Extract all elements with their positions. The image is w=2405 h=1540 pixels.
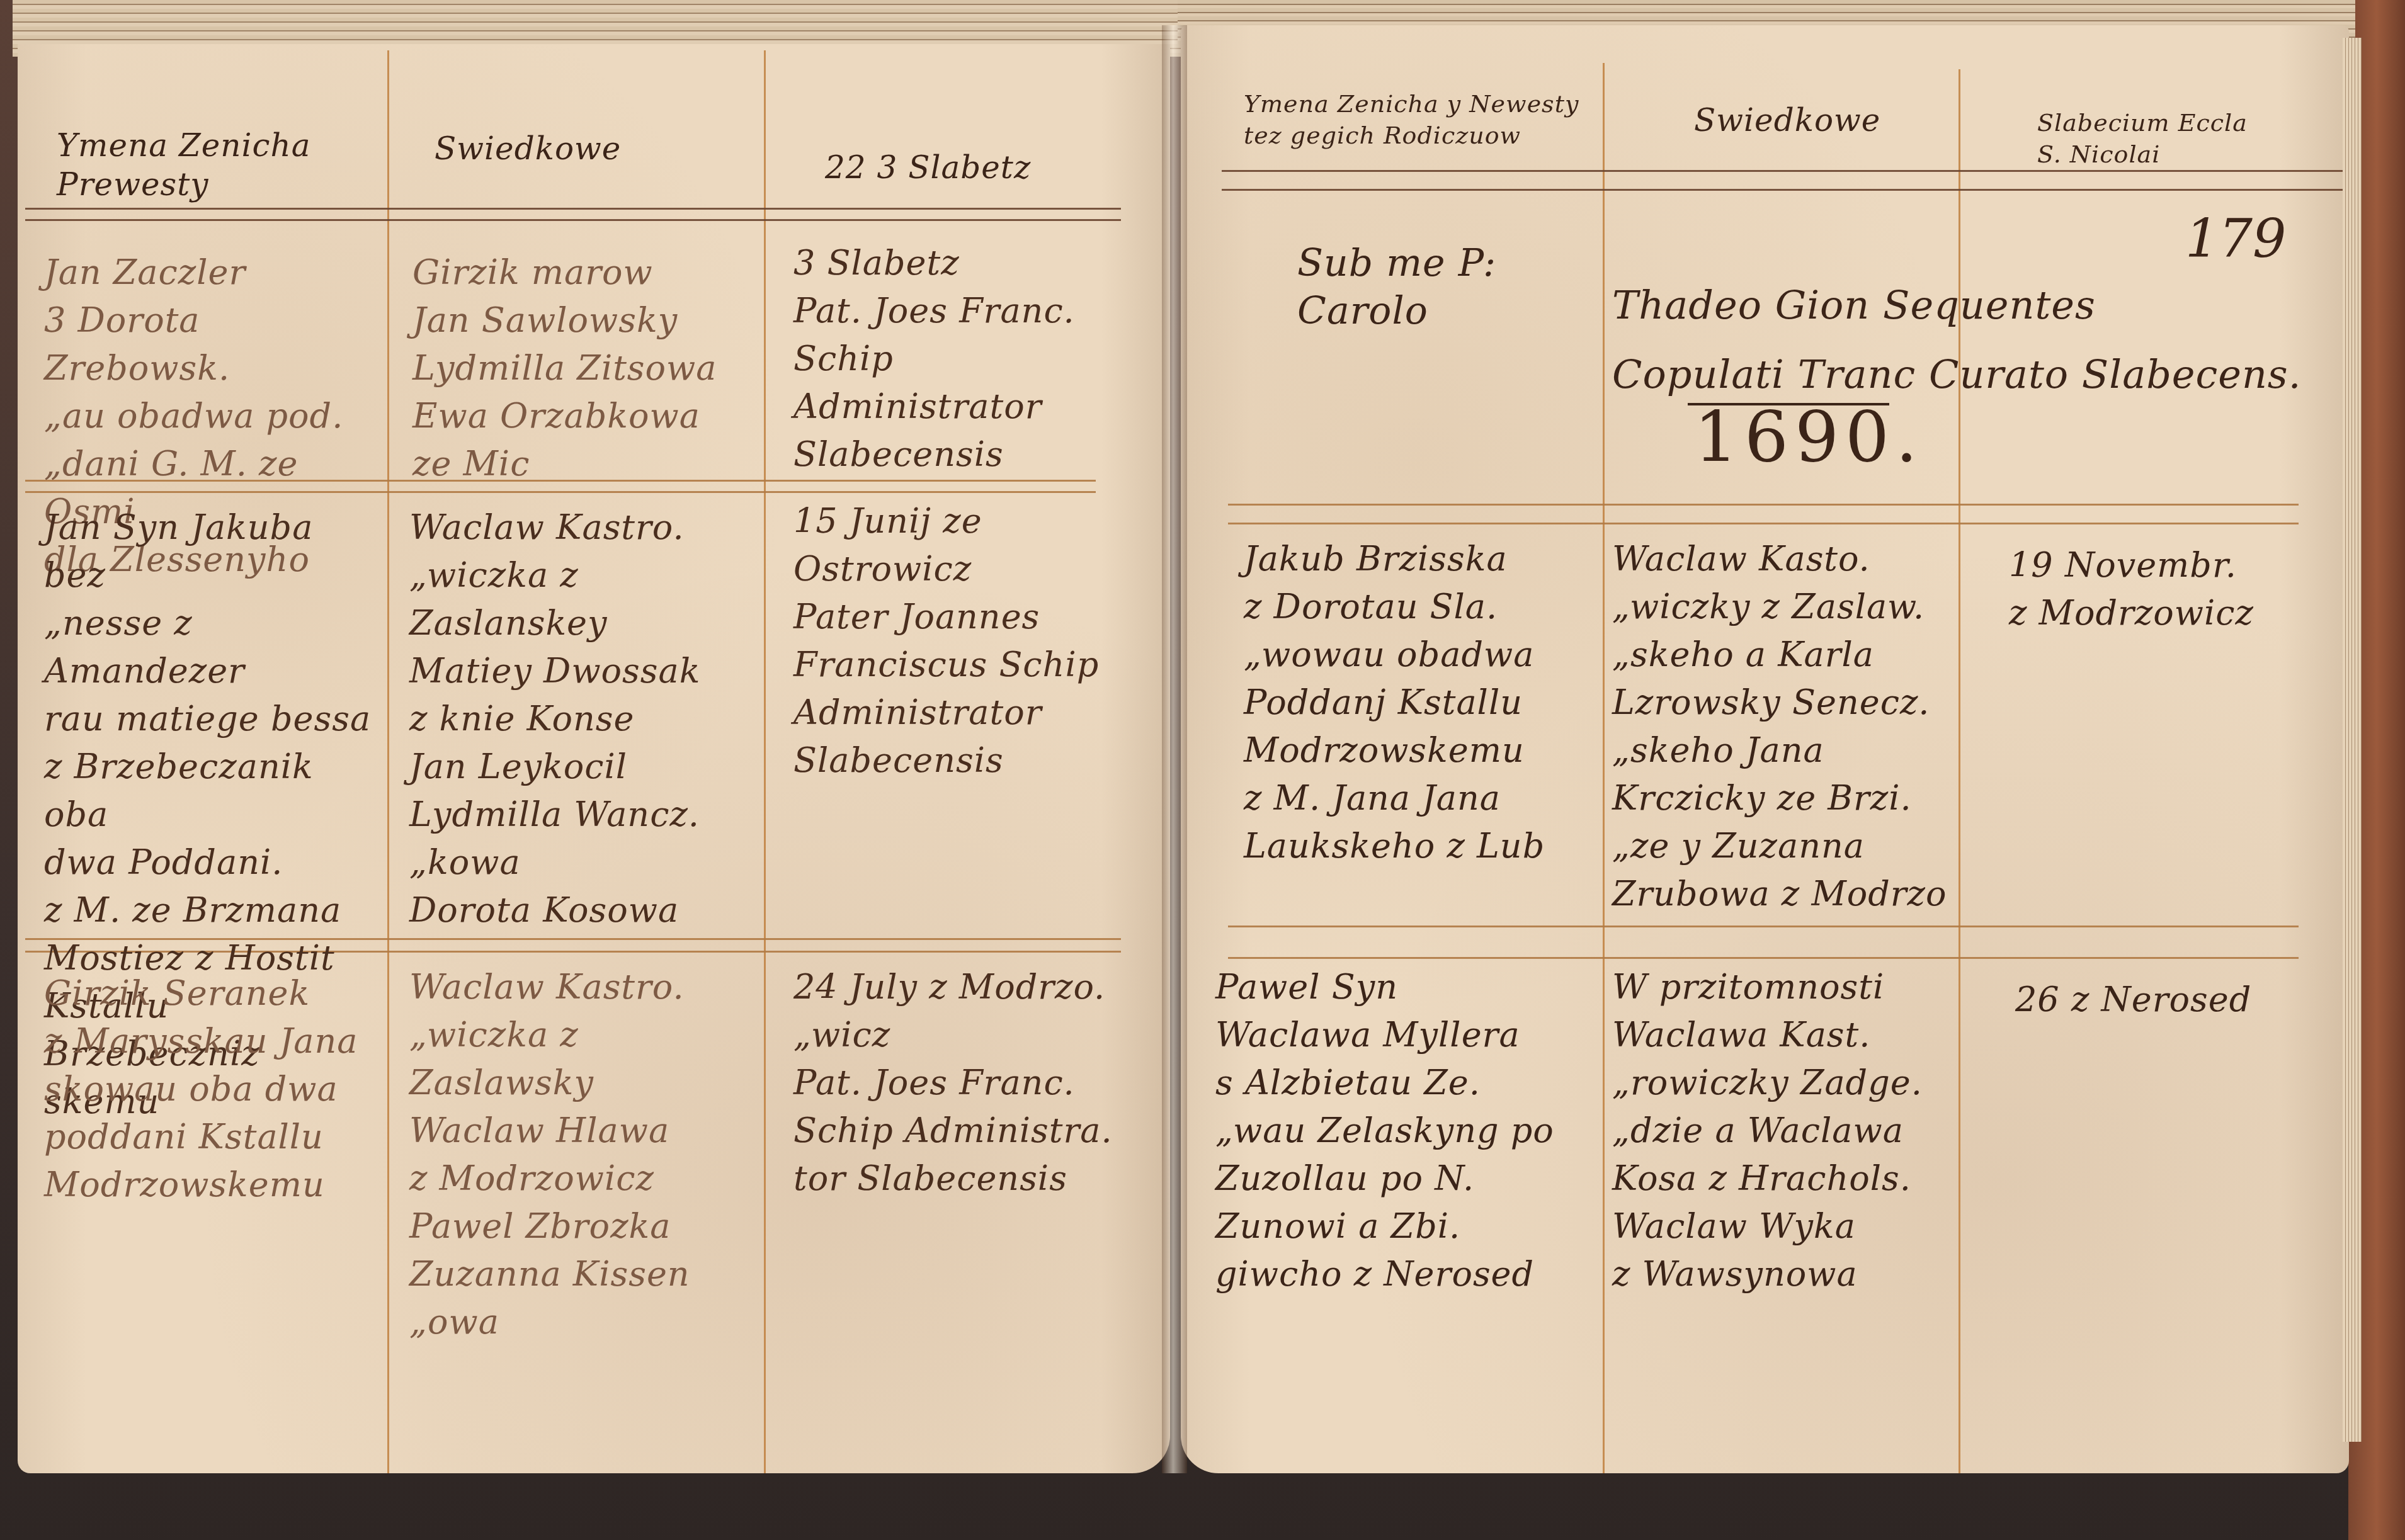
right-row2-witnesses: W przitomnosti Waclawa Kast. „rowiczky Z… bbox=[1612, 963, 1955, 1298]
right-row-rule-2a bbox=[1228, 926, 2299, 927]
left-row2-witnesses: Waclaw Kastro. „wiczka z Zaslanskey Mati… bbox=[409, 504, 762, 934]
left-row1-witnesses: Girzik marow Jan Sawlowsky Lydmilla Zits… bbox=[412, 249, 759, 488]
right-row1-date: 19 Novembr. z Modrzowicz bbox=[2009, 541, 2324, 637]
right-row2-date: 26 z Nerosed bbox=[2015, 976, 2330, 1024]
right-intro-col2: Thadeo Gion Sequentes Copulati Tranc Cur… bbox=[1612, 271, 2317, 409]
right-row-rule-2b bbox=[1228, 957, 2299, 959]
right-header-parish: Slabecium Eccla S. Nicolai bbox=[2037, 107, 2302, 170]
right-header-rule-a bbox=[1222, 170, 2343, 172]
left-row1-date-priest: 3 Slabetz Pat. Joes Franc. Schip Adminis… bbox=[793, 239, 1159, 478]
right-header-rule-b bbox=[1222, 189, 2343, 191]
left-header-names: Ymena Zenicha Prewesty bbox=[57, 126, 384, 204]
right-row1-witnesses: Waclaw Kasto. „wiczky z Zaslaw. „skeho a… bbox=[1612, 535, 1955, 918]
left-header-rule-b bbox=[25, 219, 1121, 221]
right-header-names: Ymena Zenicha y Newesty tez gegich Rodic… bbox=[1244, 88, 1596, 151]
right-row1-names: Jakub Brzisska z Dorotau Sla. „wowau oba… bbox=[1244, 535, 1596, 870]
right-row-rule-1b bbox=[1228, 523, 2299, 524]
right-row2-names: Pawel Syn Waclawa Myllera s Alzbietau Ze… bbox=[1215, 963, 1593, 1298]
right-intro-col1: Sub me P: Carolo bbox=[1297, 239, 1612, 335]
right-header-witnesses: Swiedkowe bbox=[1694, 101, 1933, 140]
book-gutter bbox=[1162, 25, 1187, 1473]
right-row-rule-1a bbox=[1228, 504, 2299, 506]
left-column-rule-2 bbox=[764, 50, 766, 1473]
left-header-rule-a bbox=[25, 208, 1121, 210]
left-header-witnesses: Swiedkowe bbox=[435, 129, 749, 168]
left-column-rule-1 bbox=[387, 50, 389, 1473]
left-row2-date-priest: 15 Junij ze Ostrowicz Pater Joannes Fran… bbox=[793, 497, 1159, 784]
page-stack-right-edge bbox=[2343, 38, 2362, 1442]
register-year: 1690. bbox=[1694, 397, 1924, 477]
left-row3-names: Girzik Seranek z Marysskau Jana skowau o… bbox=[44, 970, 384, 1209]
left-row3-date-priest: 24 July z Modrzo. „wicz Pat. Joes Franc.… bbox=[793, 963, 1159, 1203]
left-header-date: 22 3 Slabetz bbox=[825, 148, 1127, 187]
page-number: 179 bbox=[2185, 208, 2286, 269]
left-row3-witnesses: Waclaw Kastro. „wiczka z Zaslawsky Wacla… bbox=[409, 963, 762, 1346]
